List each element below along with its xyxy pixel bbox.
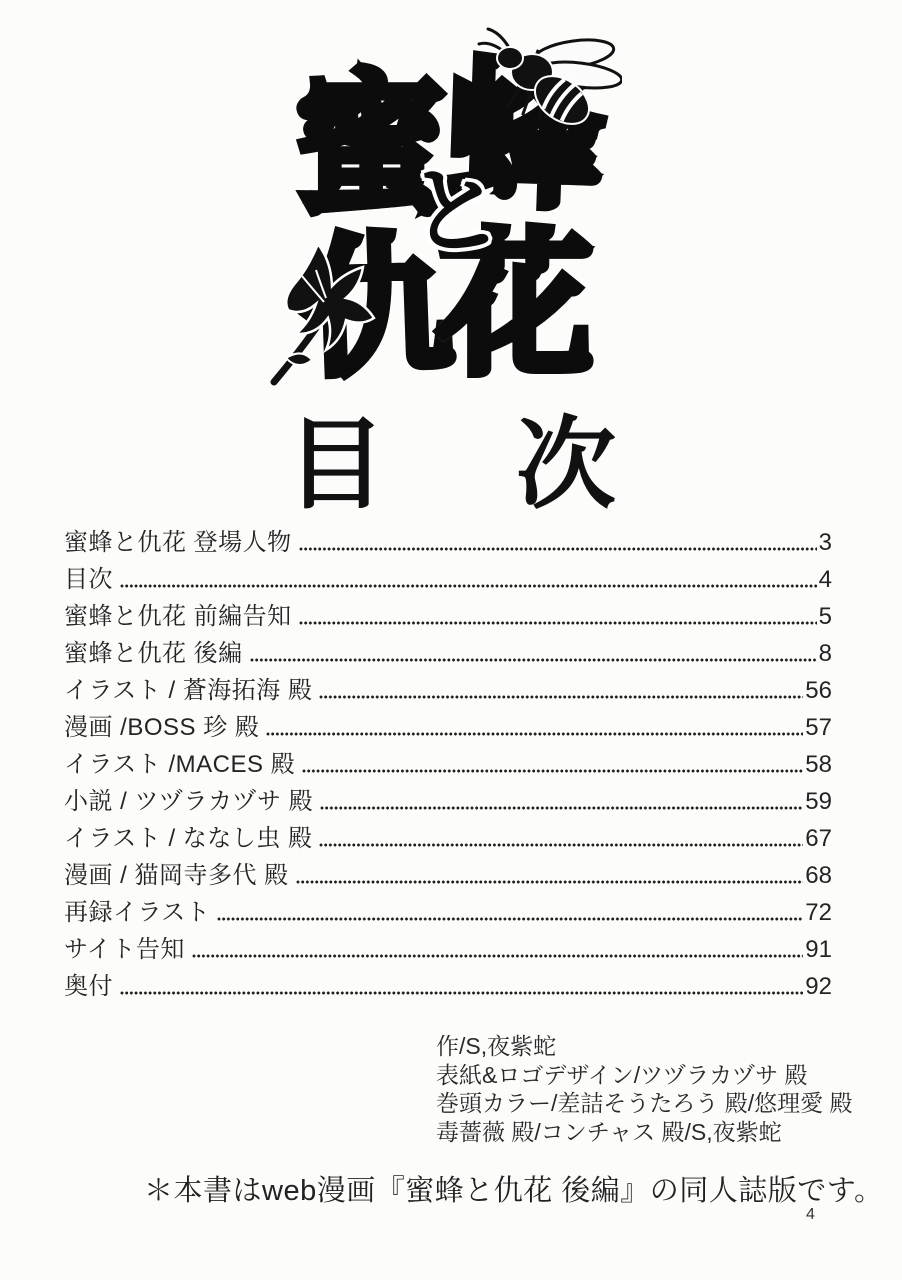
toc-entry-page: 92	[805, 972, 832, 1002]
toc-entry-label: サイト告知	[64, 935, 185, 965]
toc-entry-page: 67	[805, 824, 832, 854]
toc-entry-label: 蜜蜂と仇花 前編告知	[64, 602, 292, 632]
bee-icon	[462, 20, 622, 135]
toc-entry-page: 59	[805, 787, 832, 817]
toc-leader-dots	[320, 806, 803, 810]
toc-row: サイト告知91	[64, 928, 832, 965]
title-logo: 蜜 蜂 仇 花 と	[278, 18, 638, 390]
toc-entry-label: イラスト / 蒼海拓海 殿	[64, 676, 312, 706]
toc-entry-page: 57	[805, 713, 832, 743]
toc-row: イラスト / ななし虫 殿67	[64, 817, 832, 854]
page-number: 4	[806, 1206, 815, 1224]
toc-entry-page: 58	[805, 750, 832, 780]
toc-entry-label: イラスト / ななし虫 殿	[64, 824, 312, 854]
toc-entry-label: 漫画 /BOSS 珍 殿	[64, 713, 259, 743]
credit-line: 表紙&ロゴデザイン/ツヅラカヅサ 殿	[436, 1061, 853, 1090]
toc-entry-label: 蜜蜂と仇花 登場人物	[64, 528, 292, 558]
toc-row: イラスト /MACES 殿58	[64, 743, 832, 780]
toc-row: 目次4	[64, 558, 832, 595]
credit-line: 作/S,夜紫蛇	[436, 1032, 853, 1061]
toc-row: 小説 / ツヅラカヅサ 殿59	[64, 780, 832, 817]
toc-leader-dots	[217, 917, 803, 921]
toc-entry-label: 奥付	[64, 972, 113, 1002]
toc-leader-dots	[192, 954, 803, 958]
toc-row: 蜜蜂と仇花 登場人物3	[64, 521, 832, 558]
toc-row: 蜜蜂と仇花 後編8	[64, 632, 832, 669]
toc-leader-dots	[299, 621, 817, 625]
toc-row: 蜜蜂と仇花 前編告知5	[64, 595, 832, 632]
toc-entry-page: 5	[819, 602, 832, 632]
toc-row: 奥付92	[64, 965, 832, 1002]
toc-entry-page: 68	[805, 861, 832, 891]
toc-entry-page: 72	[805, 898, 832, 928]
toc-row: 漫画 / 猫岡寺多代 殿68	[64, 854, 832, 891]
logo-connector-to: と	[404, 160, 508, 264]
toc-entry-label: 目次	[64, 565, 113, 595]
toc-row: 再録イラスト72	[64, 891, 832, 928]
page-title: 目次	[0, 384, 902, 528]
lily-icon	[258, 238, 400, 393]
toc-entry-page: 8	[819, 639, 832, 669]
toc-entry-page: 56	[805, 676, 832, 706]
toc-leader-dots	[250, 658, 817, 662]
credit-line: 巻頭カラー/差詰そうたろう 殿/悠理愛 殿	[436, 1089, 853, 1118]
credits-block: 作/S,夜紫蛇表紙&ロゴデザイン/ツヅラカヅサ 殿巻頭カラー/差詰そうたろう 殿…	[436, 1032, 853, 1146]
toc-entry-label: 蜜蜂と仇花 後編	[64, 639, 243, 669]
toc-row: イラスト / 蒼海拓海 殿56	[64, 669, 832, 706]
toc-leader-dots	[299, 547, 817, 551]
toc-entry-label: 再録イラスト	[64, 898, 210, 928]
toc-leader-dots	[296, 880, 804, 884]
toc-page: 蜜 蜂 仇 花 と	[0, 0, 902, 1280]
toc-list: 蜜蜂と仇花 登場人物3目次4蜜蜂と仇花 前編告知5蜜蜂と仇花 後編8イラスト /…	[64, 521, 832, 1002]
toc-entry-label: 漫画 / 猫岡寺多代 殿	[64, 861, 289, 891]
toc-leader-dots	[302, 769, 803, 773]
toc-leader-dots	[319, 843, 803, 847]
toc-entry-page: 3	[819, 528, 832, 558]
toc-leader-dots	[266, 732, 803, 736]
credit-line: 毒薔薇 殿/コンチャス 殿/S,夜紫蛇	[436, 1118, 853, 1147]
toc-entry-page: 4	[819, 565, 832, 595]
toc-row: 漫画 /BOSS 珍 殿57	[64, 706, 832, 743]
footnote: ＊本書はweb漫画『蜜蜂と仇花 後編』の同人誌版です。	[144, 1168, 883, 1209]
toc-entry-label: イラスト /MACES 殿	[64, 750, 295, 780]
toc-entry-page: 91	[805, 935, 832, 965]
toc-leader-dots	[120, 991, 803, 995]
toc-leader-dots	[319, 695, 803, 699]
toc-leader-dots	[120, 584, 817, 588]
toc-entry-label: 小説 / ツヅラカヅサ 殿	[64, 787, 313, 817]
